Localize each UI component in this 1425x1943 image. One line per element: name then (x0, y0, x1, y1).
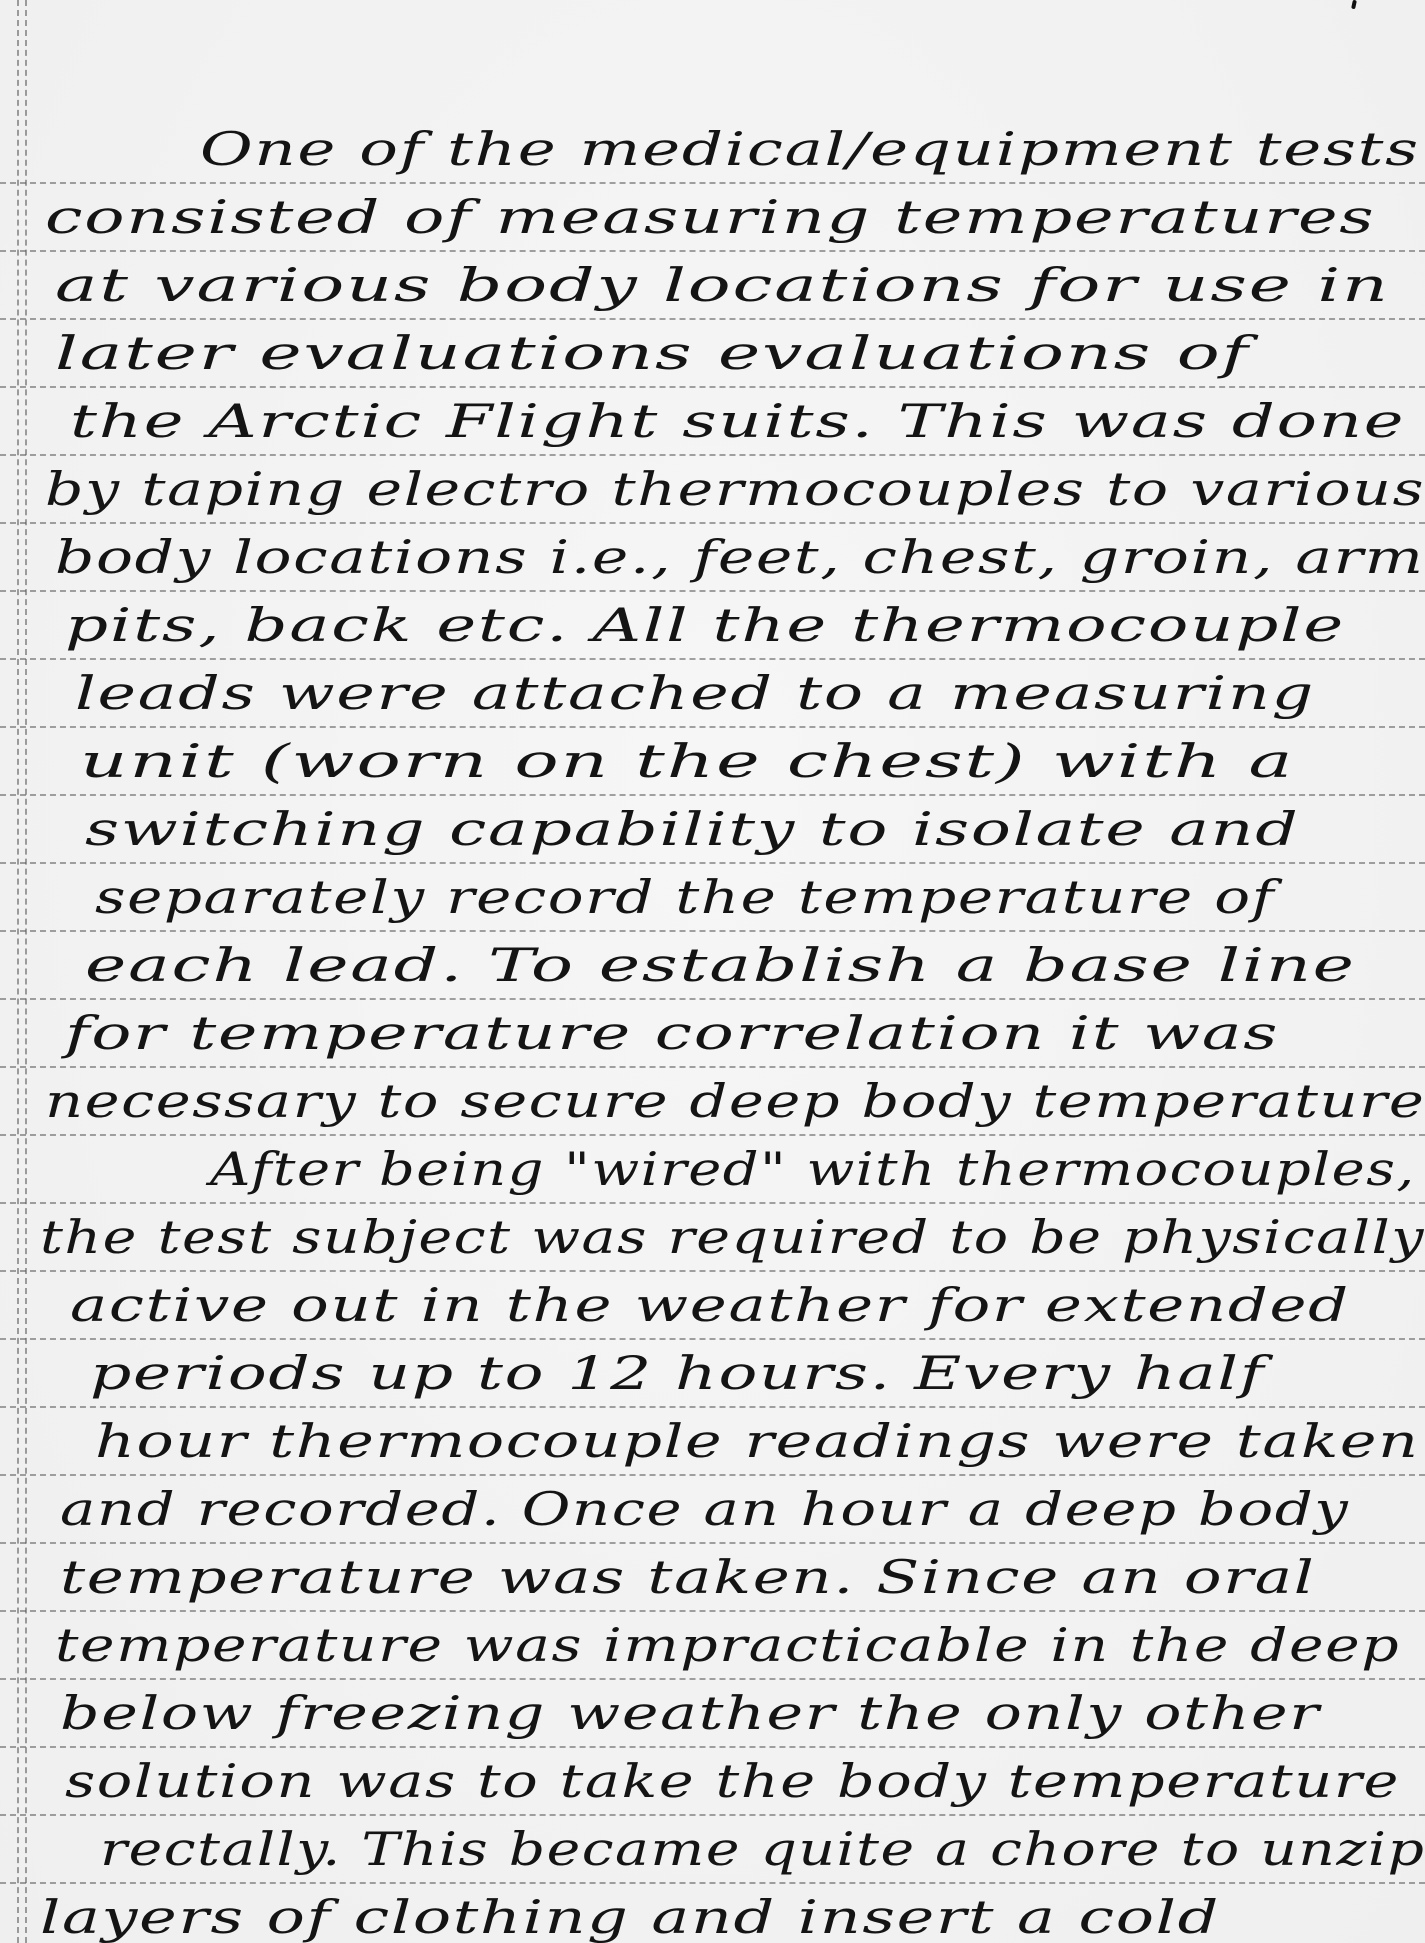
ruled-line (0, 590, 1425, 592)
text-line: each lead. To establish a base line (85, 942, 1356, 988)
ruled-line (0, 1338, 1425, 1340)
ruled-line (0, 794, 1425, 796)
text-line: below freezing weather the only other (60, 1690, 1320, 1736)
text-line: and recorded. Once an hour a deep body (60, 1486, 1349, 1532)
notebook-page: One of the medical/equipment tests consi… (0, 0, 1425, 1943)
margin-line-outer (17, 0, 19, 1943)
ruled-line (0, 522, 1425, 524)
text-line: After being "wired" with thermocouples, (210, 1146, 1416, 1192)
ruled-line (0, 1882, 1425, 1884)
ruled-line (0, 386, 1425, 388)
ruled-line (0, 250, 1425, 252)
text-line: temperature was impracticable in the dee… (55, 1622, 1400, 1668)
ruled-line (0, 1610, 1425, 1612)
ruled-line (0, 1746, 1425, 1748)
text-line: layers of clothing and insert a cold (40, 1894, 1220, 1940)
ruled-line (0, 1542, 1425, 1544)
text-line: pits, back etc. All the thermocouple (65, 602, 1345, 648)
text-line: rectally. This became quite a chore to u… (100, 1826, 1425, 1872)
margin-line-inner (25, 0, 27, 1943)
ruled-line (0, 1678, 1425, 1680)
ruled-line (0, 1202, 1425, 1204)
text-line: for temperature correlation it was (65, 1010, 1279, 1056)
text-line: solution was to take the body temperatur… (65, 1758, 1400, 1804)
text-line: later evaluations evaluations of (55, 330, 1250, 376)
ruled-line (0, 862, 1425, 864)
ruled-line (0, 454, 1425, 456)
text-line: One of the medical/equipment tests (200, 126, 1420, 172)
ruled-line (0, 182, 1425, 184)
ink-mark (1351, 0, 1357, 9)
text-line: consisted of measuring temperatures (45, 194, 1375, 240)
text-line: by taping electro thermocouples to vario… (45, 466, 1425, 512)
text-line: unit (worn on the chest) with a (80, 738, 1294, 784)
text-line: leads were attached to a measuring (75, 670, 1315, 716)
text-line: periods up to 12 hours. Every half (90, 1350, 1265, 1396)
ruled-line (0, 1134, 1425, 1136)
ruled-line (0, 930, 1425, 932)
text-line: switching capability to isolate and (85, 806, 1300, 852)
text-line: the Arctic Flight suits. This was done (70, 398, 1405, 444)
text-line: hour thermocouple readings were taken (95, 1418, 1420, 1464)
text-line: body locations i.e., feet, chest, groin,… (55, 534, 1425, 580)
text-line: the test subject was required to be phys… (40, 1214, 1425, 1260)
text-line: at various body locations for use in (55, 262, 1390, 308)
ruled-line (0, 1814, 1425, 1816)
ruled-line (0, 1474, 1425, 1476)
ruled-line (0, 1270, 1425, 1272)
ruled-line (0, 658, 1425, 660)
ruled-line (0, 998, 1425, 1000)
text-line: necessary to secure deep body temperatur… (45, 1078, 1425, 1124)
ruled-line (0, 1406, 1425, 1408)
text-line: active out in the weather for extended (70, 1282, 1350, 1328)
text-line: separately record the temperature of (95, 874, 1275, 920)
ruled-line (0, 318, 1425, 320)
ruled-line (0, 726, 1425, 728)
ruled-line (0, 1066, 1425, 1068)
text-line: temperature was taken. Since an oral (60, 1554, 1315, 1600)
